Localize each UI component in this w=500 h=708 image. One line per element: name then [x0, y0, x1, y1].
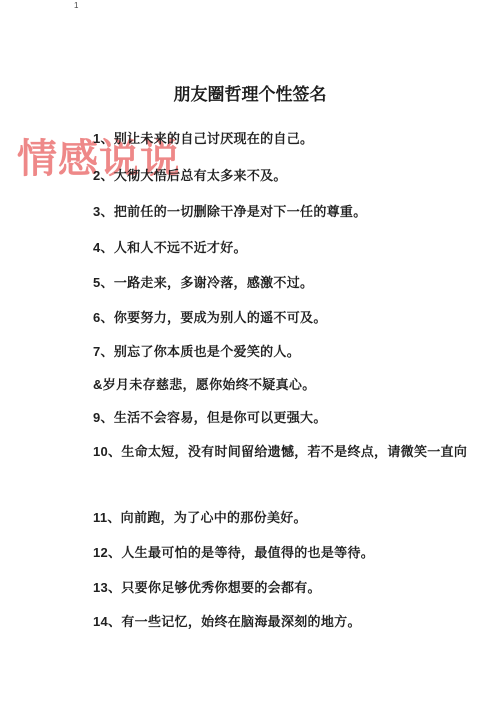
quote-item: 3、把前任的一切删除干净是对下一任的尊重。	[93, 204, 433, 219]
quote-item: 9、生活不会容易，但是你可以更强大。	[93, 410, 433, 425]
quote-item: 4、人和人不远不近才好。	[93, 240, 433, 255]
quote-item: 5、一路走来，多谢冷落，感激不过。	[93, 275, 433, 290]
quote-item: &岁月未存慈悲，愿你始终不疑真心。	[93, 377, 433, 392]
quote-item: 13、只要你足够优秀你想要的会都有。	[93, 580, 433, 595]
quote-item: 14、有一些记忆，始终在脑海最深刻的地方。	[93, 614, 433, 629]
quote-item: 10、生命太短，没有时间留给遗憾，若不是终点，请微笑一直向	[93, 444, 433, 459]
document-page: 1 情感说说 朋友圈哲理个性签名 1、别让未来的自己讨厌现在的自己。2、大彻大悟…	[0, 0, 500, 708]
quote-item: 7、别忘了你本质也是个爱笑的人。	[93, 344, 433, 359]
quote-item: 1、别让未来的自己讨厌现在的自己。	[93, 131, 433, 146]
quote-item: 12、人生最可怕的是等待，最值得的也是等待。	[93, 545, 433, 560]
quote-item: 6、你要努力，要成为别人的遥不可及。	[93, 310, 433, 325]
quote-list: 1、别让未来的自己讨厌现在的自己。2、大彻大悟后总有太多来不及。3、把前任的一切…	[0, 0, 500, 708]
quote-item: 2、大彻大悟后总有太多来不及。	[93, 168, 433, 183]
quote-item: 11、向前跑，为了心中的那份美好。	[93, 510, 433, 525]
